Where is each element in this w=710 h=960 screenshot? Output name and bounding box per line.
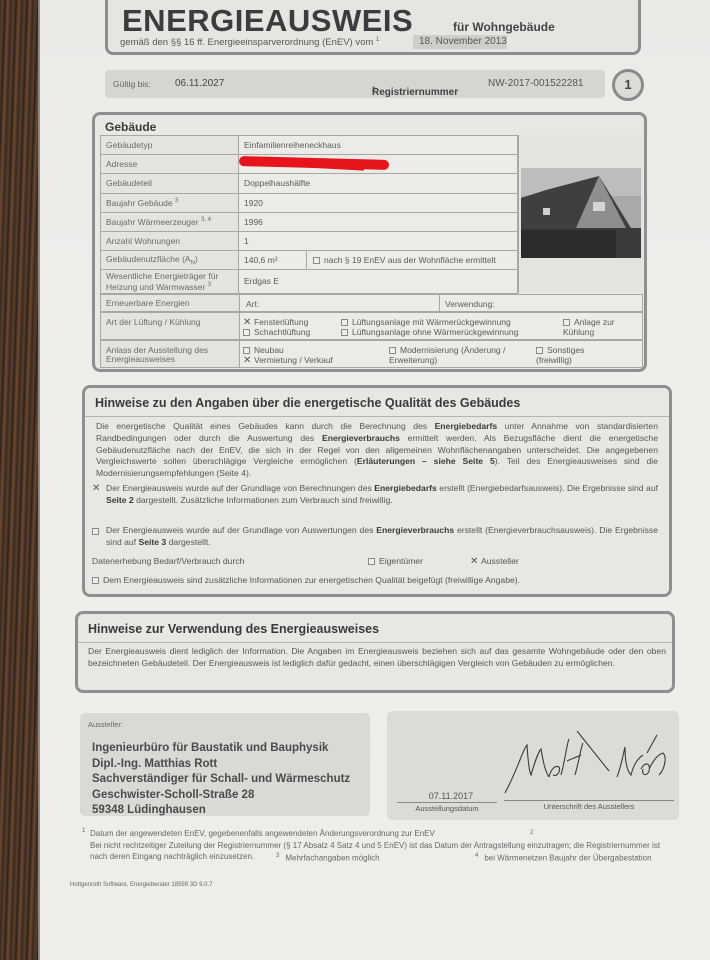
checkbox[interactable] <box>341 319 348 326</box>
document-title: ENERGIEAUSWEIS <box>122 3 413 39</box>
renewable-use-label: Verwendung: <box>439 295 500 311</box>
footnote-mark: 3 <box>208 282 211 288</box>
signature-icon <box>497 731 677 801</box>
reason-label: Anlass der Ausstellung des Energieauswei… <box>101 341 240 367</box>
row-label-text: Baujahr Wärmeerzeuger <box>106 217 199 227</box>
option-label: Anlage zur Kühlung <box>563 317 615 337</box>
row-label: Gebäudenutzfläche (AN) <box>101 251 239 270</box>
table-row: Baujahr Wärmeerzeuger 3, 41996 <box>101 212 518 231</box>
law-date: 18. November 2013 <box>413 35 507 49</box>
footnote-1: Datum der angewendeten EnEV, gegebenenfa… <box>90 828 435 840</box>
row-label: Adresse <box>101 155 239 174</box>
software-credit: Hottgenroth Software, Energieberater 185… <box>70 882 212 888</box>
issuer-address: Ingenieurbüro für Baustatik und Bauphysi… <box>92 741 350 819</box>
building-table: GebäudetypEinfamilienreiheneckhaus Adres… <box>100 135 518 294</box>
footnote-mark: 1 <box>82 826 85 838</box>
renewable-label: Erneuerbare Energien <box>101 295 240 311</box>
option-demand-certificate[interactable]: ✕ Der Energieausweis wurde auf der Grund… <box>92 483 658 507</box>
option-bold: Energieverbrauchs <box>376 525 454 535</box>
checkbox[interactable] <box>563 319 570 326</box>
footnote-mark: 3 <box>276 853 279 859</box>
registration-number: NW-2017-001522281 <box>488 78 583 89</box>
footnote-mark: 2 <box>372 87 375 93</box>
law-text: gemäß den §§ 16 ff. Energieeinsparverord… <box>120 37 373 48</box>
checkbox-checked[interactable]: ✕ <box>470 558 479 566</box>
usage-notes-title: Hinweise zur Verwendung des Energieauswe… <box>88 622 379 636</box>
issuer-line: Dipl.-Ing. Matthias Rott <box>92 757 350 773</box>
footnote-mark: 2 <box>530 830 533 836</box>
document-subtitle: für Wohngebäude <box>453 20 555 34</box>
intro-bold: Erläuterungen – siehe Seite 5 <box>357 456 495 466</box>
footnote-mark: 4 <box>475 853 478 859</box>
energy-carrier-value: Erdgas E <box>239 270 518 294</box>
building-section-title: Gebäude <box>105 120 156 134</box>
reason-option-new[interactable]: Neubau <box>243 345 284 355</box>
row-label-text: Baujahr Gebäude <box>106 198 173 208</box>
issuer-line: 59348 Lüdinghausen <box>92 803 350 819</box>
redaction-mark <box>239 156 389 170</box>
option-label: Modernisierung (Änderung / Erweiterung) <box>389 345 505 365</box>
option-label: Neubau <box>254 345 284 355</box>
footnote-4-text: bei Wärmenetzen Baujahr der Übergabestat… <box>484 854 651 863</box>
option-bold: Energiebedarfs <box>374 483 437 493</box>
usage-notes-text: Der Energieausweis dient lediglich der I… <box>88 646 666 670</box>
ventilation-option-window[interactable]: ✕Fensterlüftung <box>243 317 308 327</box>
option-bold: Seite 3 <box>139 537 167 547</box>
footnote-3: 3Mehrfachangaben möglich <box>276 851 380 864</box>
signature-label: Unterschrift des Ausstellers <box>504 802 674 811</box>
option-label: Aussteller <box>481 556 519 566</box>
issuer-line: Geschwister-Scholl-Straße 28 <box>92 788 350 804</box>
issuer-box: Aussteller: Ingenieurbüro für Baustatik … <box>80 713 370 816</box>
option-label: Vermietung / Verkauf <box>254 355 333 365</box>
row-value: 1996 <box>239 212 518 231</box>
title-divider <box>85 416 669 417</box>
row-label: Gebäudetyp <box>101 136 239 155</box>
intro-bold: Energiebedarfs <box>435 421 498 431</box>
issuer-line: Ingenieurbüro für Baustatik und Bauphysi… <box>92 741 350 757</box>
table-row: GebäudetypEinfamilienreiheneckhaus <box>101 136 518 155</box>
reason-option-other[interactable]: Sonstiges (freiwillig) <box>536 345 606 365</box>
checkbox[interactable] <box>368 558 375 565</box>
row-label: Baujahr Gebäude 3 <box>101 193 239 212</box>
ventilation-option-cooling[interactable]: Anlage zur Kühlung <box>563 317 633 337</box>
reason-option-rent-sale[interactable]: ✕Vermietung / Verkauf <box>243 355 333 365</box>
table-row: Adresse <box>101 155 518 174</box>
checkbox-checked[interactable]: ✕ <box>243 357 252 365</box>
option-label: Dem Energieausweis sind zusätzliche Info… <box>103 575 520 585</box>
row-value: Doppelhaushälfte <box>239 174 518 193</box>
option-bold: Seite 2 <box>106 495 134 505</box>
area-value: 140,6 m² <box>239 251 307 269</box>
document-header: ENERGIEAUSWEIS für Wohngebäude gemäß den… <box>105 0 641 55</box>
table-row: Baujahr Gebäude 31920 <box>101 193 518 212</box>
option-label: Fensterlüftung <box>254 317 308 327</box>
area-label-text: Gebäudenutzfläche (A <box>106 254 191 264</box>
issuer-label: Aussteller: <box>88 720 123 729</box>
checkbox[interactable] <box>92 528 99 535</box>
issue-date: 07.11.2017 <box>411 791 491 801</box>
footnote-mark: 3, 4 <box>201 217 211 223</box>
area-option-label: nach § 19 EnEV aus der Wohnfläche ermitt… <box>324 255 496 265</box>
validity-bar: Gültig bis: 06.11.2027 Registriernummer … <box>105 70 605 98</box>
renewable-type-label: Art: <box>246 299 259 309</box>
ventilation-option-shaft[interactable]: Schachtlüftung <box>243 327 310 337</box>
footnotes: 1 Datum der angewendeten EnEV, gegebenen… <box>90 828 680 863</box>
page-number-badge: 1 <box>612 69 644 101</box>
row-label: Baujahr Wärmeerzeuger 3, 4 <box>101 212 239 231</box>
data-collection-owner[interactable]: Eigentümer <box>368 556 423 568</box>
signature-box: 07.11.2017 Ausstellungsdatum Unterschrif… <box>387 711 679 820</box>
option-label: Sonstiges (freiwillig) <box>536 345 584 365</box>
option-label: Lüftungsanlage ohne Wärmerückgewinnung <box>352 327 518 337</box>
area-cell: 140,6 m²nach § 19 EnEV aus der Wohnfläch… <box>239 251 518 270</box>
house-photo-icon <box>521 168 641 258</box>
row-value: 1 <box>239 231 518 250</box>
footnote-mark: 3 <box>175 198 178 204</box>
data-collection-label: Datenerhebung Bedarf/Verbrauch durch <box>92 556 244 568</box>
option-text: erstellt (Energiebedarfsausweis). Die Er… <box>437 483 658 493</box>
reason-row: Anlass der Ausstellung des Energieauswei… <box>100 340 643 368</box>
quality-notes-title: Hinweise zu den Angaben über die energet… <box>95 396 520 410</box>
house-photo <box>521 168 641 258</box>
reason-option-modernisation[interactable]: Modernisierung (Änderung / Erweiterung) <box>389 345 509 365</box>
checkbox-checked[interactable]: ✕ <box>92 485 101 493</box>
checkbox[interactable] <box>341 329 348 336</box>
ventilation-option-heat-recovery[interactable]: Lüftungsanlage mit Wärmerückgewinnung <box>341 317 511 327</box>
checkbox[interactable] <box>536 347 543 354</box>
table-row: Anzahl Wohnungen1 <box>101 231 518 250</box>
row-label: Wesentliche Energieträger für Heizung un… <box>101 270 239 294</box>
option-text: Der Energieausweis wurde auf der Grundla… <box>106 525 376 535</box>
quality-intro-text: Die energetische Qualität eines Gebäudes… <box>96 421 658 480</box>
issuer-line: Sachverständiger für Schall- und Wärmesc… <box>92 772 350 788</box>
address-value-redacted <box>239 155 518 174</box>
option-text: Der Energieausweis wurde auf der Grundla… <box>106 483 374 493</box>
row-label: Gebäudeteil <box>101 174 239 193</box>
option-consumption-certificate[interactable]: Der Energieausweis wurde auf der Grundla… <box>92 525 658 549</box>
valid-date: 06.11.2027 <box>175 78 224 89</box>
ventilation-option-no-heat-recovery[interactable]: Lüftungsanlage ohne Wärmerückgewinnung <box>341 327 518 337</box>
footnote-4: 4bei Wärmenetzen Baujahr der Übergabesta… <box>475 851 652 864</box>
option-text: dargestellt. <box>166 537 210 547</box>
renewable-row: Erneuerbare Energien Art: Verwendung: <box>100 294 643 312</box>
checkbox[interactable] <box>243 347 250 354</box>
option-label: Lüftungsanlage mit Wärmerückgewinnung <box>352 317 511 327</box>
area-option[interactable]: nach § 19 EnEV aus der Wohnfläche ermitt… <box>307 251 502 269</box>
option-text: dargestellt. Zusätzliche Informationen z… <box>134 495 393 505</box>
ventilation-row: Art der Lüftung / Kühlung ✕Fensterlüftun… <box>100 312 643 340</box>
date-line <box>397 802 497 803</box>
valid-label: Gültig bis: <box>113 79 151 89</box>
intro-text: Die energetische Qualität eines Gebäudes… <box>96 421 435 431</box>
table-row: Wesentliche Energieträger für Heizung un… <box>101 270 518 294</box>
ventilation-label: Art der Lüftung / Kühlung <box>101 313 240 339</box>
registration-label-text: Registriernummer <box>372 87 458 98</box>
row-value: 1920 <box>239 193 518 212</box>
law-reference: gemäß den §§ 16 ff. Energieeinsparverord… <box>120 37 379 48</box>
signature-line <box>504 800 674 801</box>
checkbox-checked[interactable]: ✕ <box>243 319 252 327</box>
row-label: Anzahl Wohnungen <box>101 231 239 250</box>
area-subscript: N <box>191 261 195 267</box>
footnote-2-start: 2 <box>530 828 690 841</box>
checkbox[interactable] <box>92 577 99 584</box>
table-row: Gebäudenutzfläche (AN)140,6 m²nach § 19 … <box>101 251 518 270</box>
additional-info-option[interactable]: Dem Energieausweis sind zusätzliche Info… <box>92 575 520 587</box>
footnote-3-text: Mehrfachangaben möglich <box>285 854 379 863</box>
wooden-table-background <box>0 0 38 960</box>
checkbox[interactable] <box>389 347 396 354</box>
checkbox[interactable] <box>243 329 250 336</box>
table-row: GebäudeteilDoppelhaushälfte <box>101 174 518 193</box>
checkbox[interactable] <box>313 257 320 264</box>
option-label: Schachtlüftung <box>254 327 310 337</box>
data-collection-issuer[interactable]: ✕Aussteller <box>470 556 519 568</box>
row-value: Einfamilienreiheneckhaus <box>239 136 518 155</box>
title-divider <box>78 642 672 643</box>
option-label: Eigentümer <box>379 556 423 566</box>
issue-date-label: Ausstellungsdatum <box>397 804 497 813</box>
energy-carrier-label: Wesentliche Energieträger für Heizung un… <box>106 271 218 292</box>
intro-bold: Energieverbrauchs <box>322 433 400 443</box>
footnote-mark: 1 <box>376 37 379 43</box>
